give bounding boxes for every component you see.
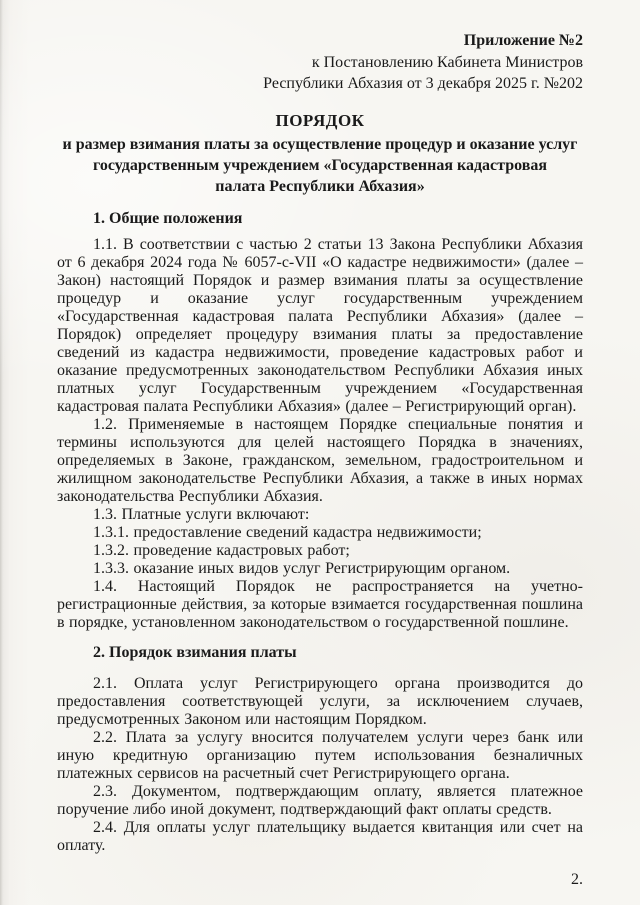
paragraph-1-3-1: 1.3.1. предоставление сведений кадастра … (57, 524, 583, 542)
section-1-heading: 1. Общие положения (57, 210, 583, 228)
title-block: ПОРЯДОК и размер взимания платы за осуще… (57, 110, 583, 197)
document-subtitle-line-1: и размер взимания платы за осуществление… (57, 134, 583, 155)
annex-number: Приложение №2 (57, 30, 583, 52)
paragraph-2-2: 2.2. Плата за услугу вносится получателе… (57, 729, 583, 783)
paragraph-1-3-3: 1.3.3. оказание иных видов услуг Регистр… (57, 560, 583, 578)
section-2-heading: 2. Порядок взимания платы (57, 644, 583, 662)
paragraph-2-1: 2.1. Оплата услуг Регистрирующего органа… (57, 675, 583, 729)
paragraph-1-2: 1.2. Применяемые в настоящем Порядке спе… (57, 416, 583, 506)
paragraph-2-3: 2.3. Документом, подтверждающим оплату, … (57, 783, 583, 819)
annex-reference: Приложение №2 к Постановлению Кабинета М… (57, 30, 583, 95)
paragraph-1-1: 1.1. В соответствии с частью 2 статьи 13… (57, 236, 583, 416)
paragraph-1-3-2: 1.3.2. проведение кадастровых работ; (57, 542, 583, 560)
paragraph-1-4: 1.4. Настоящий Порядок не распространяет… (57, 578, 583, 632)
annex-resolution: к Постановлению Кабинета Министров (57, 52, 583, 74)
paragraph-2-4: 2.4. Для оплаты услуг плательщику выдает… (57, 819, 583, 855)
page-number: 2. (57, 871, 583, 889)
paragraph-1-3: 1.3. Платные услуги включают: (57, 506, 583, 524)
document-subtitle-line-3: палата Республики Абхазия» (57, 176, 583, 197)
document-title: ПОРЯДОК (57, 110, 583, 132)
annex-resolution-date: Республики Абхазия от 3 декабря 2025 г. … (57, 73, 583, 95)
document-subtitle-line-2: государственным учреждением «Государстве… (57, 155, 583, 176)
document-page: Приложение №2 к Постановлению Кабинета М… (0, 0, 640, 905)
